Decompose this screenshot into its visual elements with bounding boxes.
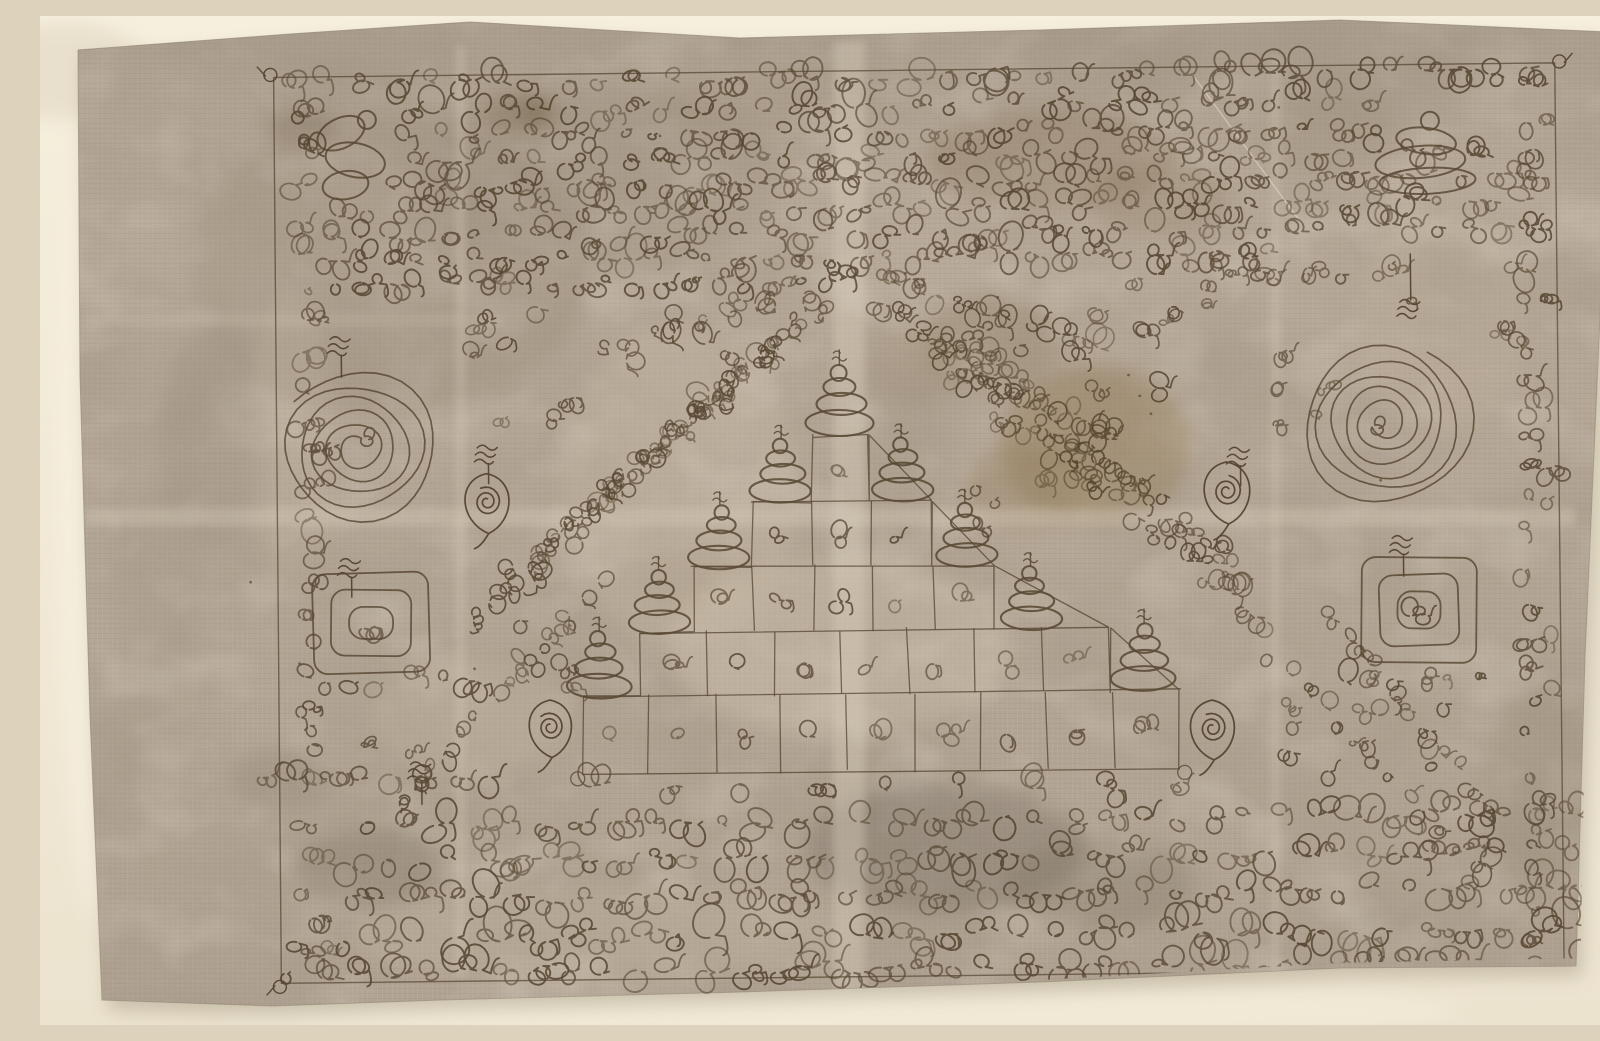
scene-svg	[40, 16, 1600, 1025]
yantra-cloth-photo	[40, 16, 1600, 1025]
